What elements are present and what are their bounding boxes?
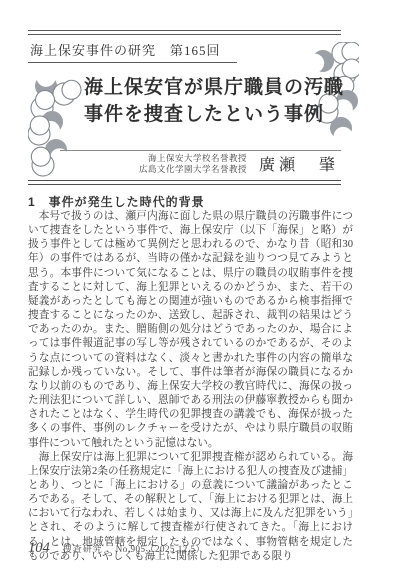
author-affiliations: 海上保安大学校名誉教授 広島文化学園大学名誉教授 bbox=[139, 153, 247, 175]
journal-page: 海上保安事件の研究 第165回 海上保安官が県庁職員の汚職 事件を捜査したという… bbox=[0, 0, 410, 580]
author-affiliation-2: 広島文化学園大学名誉教授 bbox=[139, 164, 247, 175]
article-title-line1: 海上保安官が県庁職員の汚職 bbox=[84, 74, 295, 101]
author-affiliation-1: 海上保安大学校名誉教授 bbox=[139, 153, 247, 164]
issue-info: No.905（2025.12.5） bbox=[116, 542, 205, 555]
body-paragraph-1: 本号で扱うのは、瀬戸内海に面した県の県庁職員の汚職事件について捜査をしたという事… bbox=[28, 210, 353, 451]
author-name: 廣瀬 肇 bbox=[259, 152, 341, 175]
article-title: 海上保安官が県庁職員の汚職 事件を捜査したという事例 bbox=[84, 74, 295, 128]
author-block: 海上保安大学校名誉教授 広島文化学園大学名誉教授 廣瀬 肇 bbox=[28, 152, 341, 175]
article-body: 本号で扱うのは、瀬戸内海に面した県の県庁職員の汚職事件について捜査をしたという事… bbox=[28, 210, 353, 564]
page-footer: 104 捜査研究 No.905（2025.12.5） bbox=[28, 540, 368, 557]
journal-name: 捜査研究 bbox=[63, 542, 103, 555]
header-double-rule bbox=[28, 30, 341, 35]
page-number: 104 bbox=[28, 540, 50, 557]
header-bottom-double-rule bbox=[28, 180, 341, 185]
section-heading: 1 事件が発生した時代的背景 bbox=[28, 193, 353, 210]
author-separator-rule bbox=[60, 150, 341, 151]
article-title-line2: 事件を捜査したという事例 bbox=[84, 101, 295, 128]
series-label: 海上保安事件の研究 第165回 bbox=[28, 38, 237, 63]
